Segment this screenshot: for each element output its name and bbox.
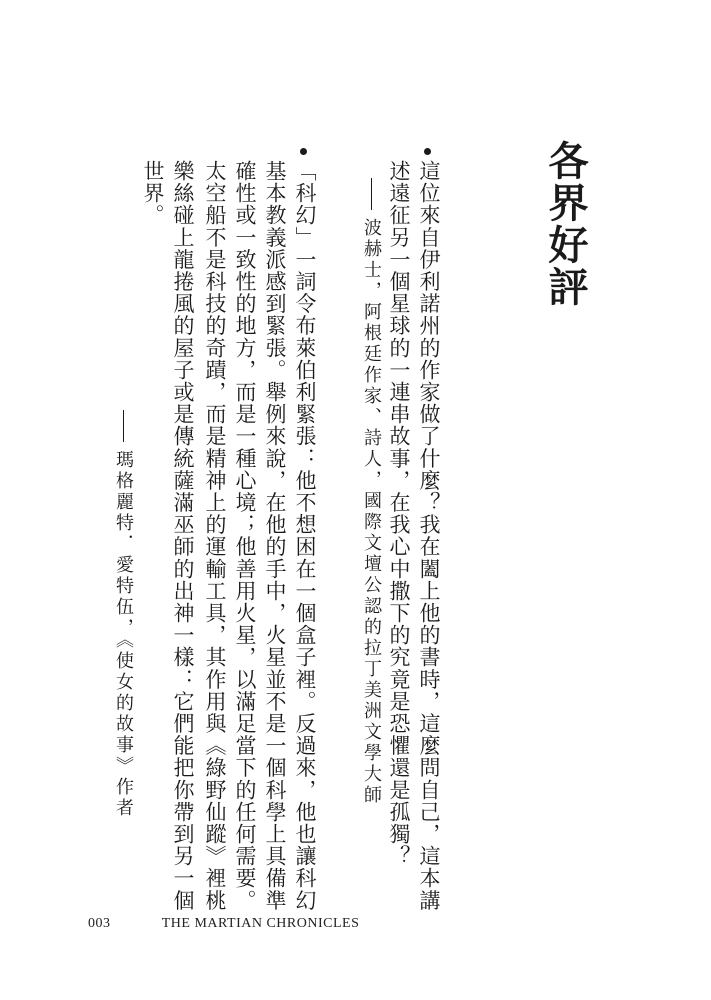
quote-1-attribution-text: 波赫士，阿根廷作家、詩人，國際文壇公認的拉丁美洲文學大師 xyxy=(361,218,382,806)
quote-2-line-6: 世界。 xyxy=(138,160,168,226)
quote-2-attribution-text: 瑪格麗特．愛特伍，《使女的故事》作者 xyxy=(113,450,134,819)
bullet-icon xyxy=(424,148,431,155)
quote-2-line-2: 基本教義派感到緊張。舉例來說，在他的手中，火星並不是一個科學上具備準 xyxy=(260,160,290,911)
quote-2-line-1: 「科幻」一詞令布萊伯利緊張：他不想困在一個盒子裡。反過來，他也讓科幻 xyxy=(290,160,320,911)
page-footer: 003 THE MARTIAN CHRONICLES xyxy=(88,916,359,932)
em-dash xyxy=(123,410,124,442)
quote-2-line-5: 樂絲碰上龍捲風的屋子或是傳統薩滿巫師的出神一樣：它們能把你帶到另一個 xyxy=(168,160,198,911)
quote-2-line-3: 確性或一致性的地方，而是一種心境；他善用火星，以滿足當下的任何需要。 xyxy=(230,160,260,911)
quote-2-attribution: 瑪格麗特．愛特伍，《使女的故事》作者 xyxy=(108,410,138,819)
bullet-icon xyxy=(300,148,307,155)
page-number: 003 xyxy=(88,916,158,932)
quote-1-line-1: 這位來自伊利諾州的作家做了什麼？我在闔上他的書時，這麼問自己，這本講 xyxy=(414,160,444,911)
page-title: 各界好評 xyxy=(543,140,587,308)
quote-1-attribution: 波赫士，阿根廷作家、詩人，國際文壇公認的拉丁美洲文學大師 xyxy=(356,178,386,806)
quote-2-line-4: 太空船不是科技的奇蹟，而是精神上的運輸工具，其作用與《綠野仙蹤》裡桃 xyxy=(200,160,230,911)
em-dash xyxy=(371,178,372,210)
running-title: THE MARTIAN CHRONICLES xyxy=(162,916,360,931)
quote-1-line-2: 述遠征另一個星球的一連串故事，在我心中撒下的究竟是恐懼還是孤獨？ xyxy=(384,160,414,867)
book-page: 各界好評 這位來自伊利諾州的作家做了什麼？我在闔上他的書時，這麼問自己，這本講 … xyxy=(0,0,711,1000)
